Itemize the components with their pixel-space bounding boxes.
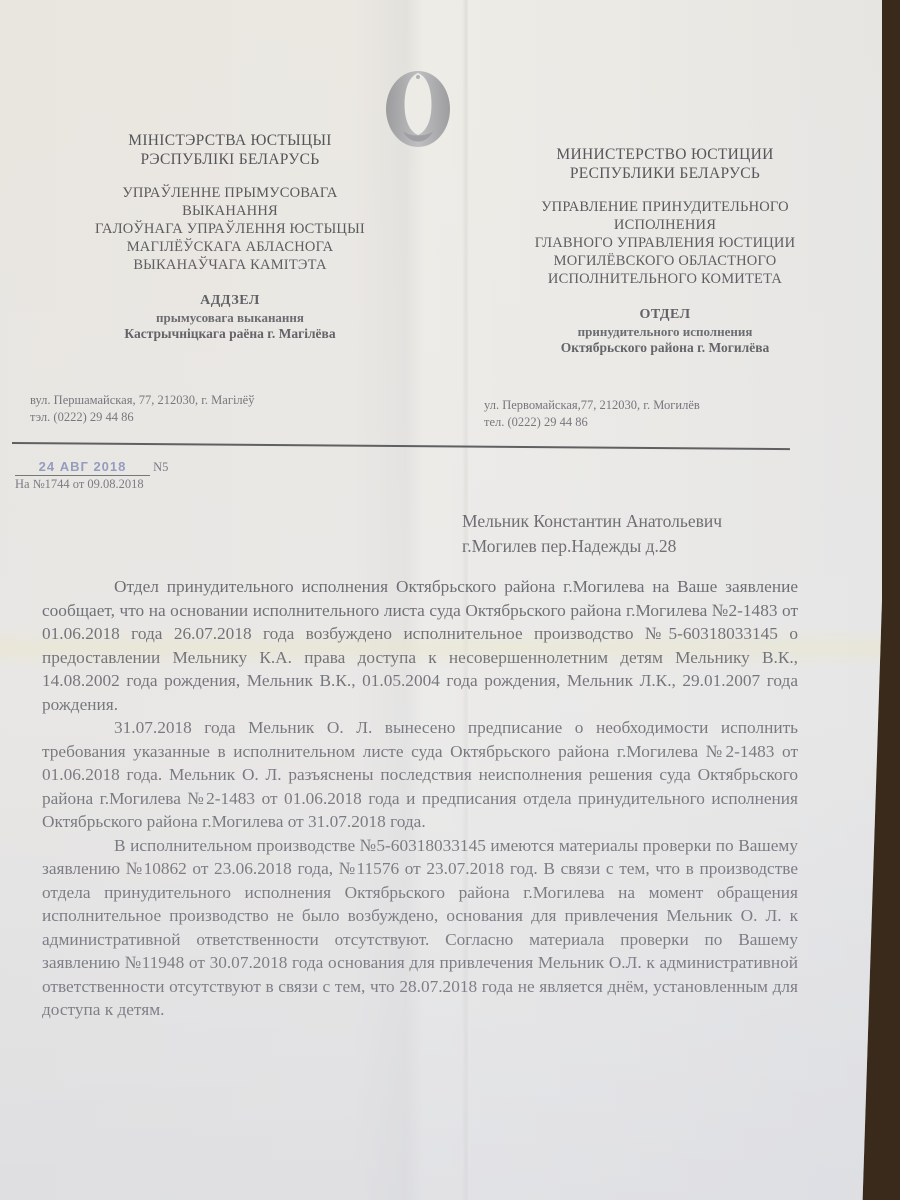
department-location-by: Кастрычніцкага раёна г. Магілёва [20,326,440,343]
administration-name-ru: УПРАВЛЕНИЕ ПРИНУДИТЕЛЬНОГО ИСПОЛНЕНИЯ ГЛ… [465,198,865,289]
date-stamp: 24 АВГ 2018 [39,459,127,474]
letter-body: Отдел принудительного исполнения Октябрь… [42,575,798,1022]
ministry-name-by: МІНІСТЭРСТВА ЮСТЫЦЫІ РЭСПУБЛІКІ БЕЛАРУСЬ [20,131,440,170]
letter-sheet: МІНІСТЭРСТВА ЮСТЫЦЫІ РЭСПУБЛІКІ БЕЛАРУСЬ… [0,0,882,1200]
department-title-by: АДДЗЕЛ [20,292,440,310]
phone-by: тэл. (0222) 29 44 86 [30,409,254,426]
department-title-ru: ОТДЕЛ [465,306,865,324]
department-location-ru: Октябрьского района г. Могилёва [465,340,865,357]
body-paragraph: 31.07.2018 года Мельник О. Л. вынесено п… [42,716,798,834]
header-belarusian: МІНІСТЭРСТВА ЮСТЫЦЫІ РЭСПУБЛІКІ БЕЛАРУСЬ… [20,131,440,343]
administration-name-by: УПРАЎЛЕННЕ ПРЫМУСОВАГА ВЫКАНАННЯ ГАЛОЎНА… [20,184,440,275]
contact-block-by: вул. Першамайская, 77, 212030, г. Магілё… [30,392,254,426]
header-russian: МИНИСТЕРСТВО ЮСТИЦИИ РЕСПУБЛИКИ БЕЛАРУСЬ… [465,145,865,357]
outgoing-registration: 24 АВГ 2018 N5 На №1744 от 09.08.2018 [15,459,168,492]
contact-block-ru: ул. Первомайская,77, 212030, г. Могилёв … [484,397,700,431]
phone-ru: тел. (0222) 29 44 86 [484,414,700,431]
body-paragraph: В исполнительном производстве №5-6031803… [42,834,798,1022]
department-subtitle-by: прымусовага выканання [20,310,440,326]
reference-number: На №1744 от 09.08.2018 [15,477,168,492]
recipient-block: Мельник Константин Анатольевич г.Могилев… [462,509,722,560]
date-stamp-line: 24 АВГ 2018 [15,459,150,476]
recipient-address: г.Могилев пер.Надежды д.28 [462,534,722,559]
body-paragraph: Отдел принудительного исполнения Октябрь… [42,575,798,716]
address-by: вул. Першамайская, 77, 212030, г. Магілё… [30,392,254,409]
recipient-name: Мельник Константин Анатольевич [462,509,722,534]
header-divider [12,442,790,450]
department-subtitle-ru: принудительного исполнения [465,324,865,340]
outgoing-number: N5 [153,460,168,474]
address-ru: ул. Первомайская,77, 212030, г. Могилёв [484,397,700,414]
ministry-name-ru: МИНИСТЕРСТВО ЮСТИЦИИ РЕСПУБЛИКИ БЕЛАРУСЬ [465,145,865,184]
